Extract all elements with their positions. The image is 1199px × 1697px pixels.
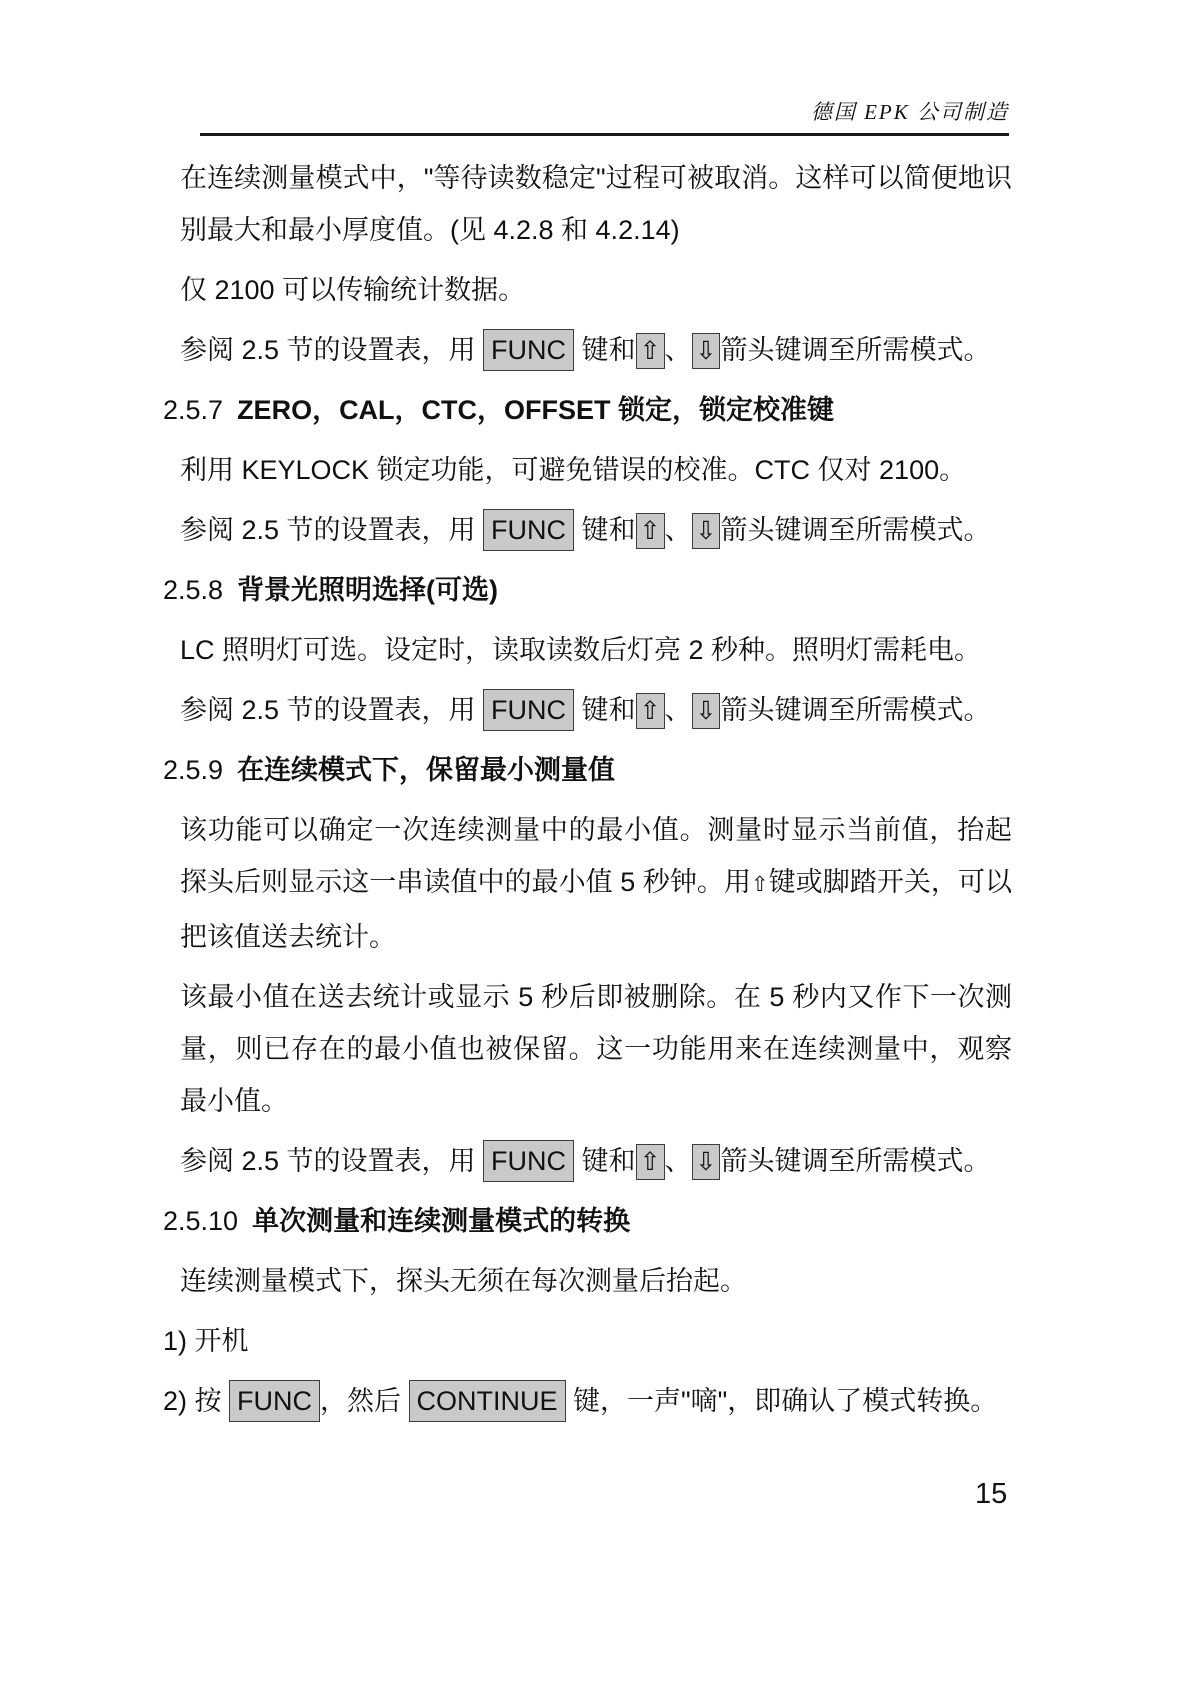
step-text: 键，一声"嘀"，即确认了模式转换。 bbox=[566, 1386, 998, 1416]
up-arrow-key-icon: ⇧ bbox=[636, 693, 665, 729]
section-heading-2-5-9: 2.5.9在连续模式下，保留最小测量值 bbox=[160, 744, 1012, 796]
section-number: 2.5.8 bbox=[163, 575, 223, 605]
section-title-bold: 单次测量和连续测量模式的转换 bbox=[252, 1206, 630, 1236]
refer-mid1: 键和 bbox=[574, 695, 636, 725]
section-heading-2-5-10: 2.5.10单次测量和连续测量模式的转换 bbox=[160, 1195, 1012, 1247]
up-arrow-key-icon: ⇧ bbox=[636, 513, 665, 549]
intro-paragraph-2: 仅 2100 可以传输统计数据。 bbox=[160, 264, 1012, 316]
refer-pre: 参阅 2.5 节的设置表，用 bbox=[180, 695, 483, 725]
refer-pre: 参阅 2.5 节的设置表，用 bbox=[180, 1146, 483, 1176]
refer-sep: 、 bbox=[665, 1146, 692, 1176]
func-key: FUNC bbox=[483, 329, 574, 371]
page-content: 在连续测量模式中，"等待读数稳定"过程可被取消。这样可以简便地识别最大和最小厚度… bbox=[160, 152, 1012, 1435]
step-text: 2) 按 bbox=[163, 1386, 229, 1416]
section-number: 2.5.9 bbox=[163, 755, 223, 785]
refer-sep: 、 bbox=[665, 515, 692, 545]
step-item-2: 2) 按 FUNC，然后 CONTINUE 键，一声"嘀"，即确认了模式转换。 bbox=[160, 1375, 1012, 1427]
refer-post: 箭头键调至所需模式。 bbox=[720, 515, 990, 545]
manual-page: 德国 EPK 公司制造 在连续测量模式中，"等待读数稳定"过程可被取消。这样可以… bbox=[0, 0, 1199, 1697]
refer-line-4: 参阅 2.5 节的设置表，用 FUNC 键和⇧、⇩箭头键调至所需模式。 bbox=[160, 1135, 1012, 1187]
page-number: 15 bbox=[975, 1478, 1007, 1511]
refer-post: 箭头键调至所需模式。 bbox=[720, 1146, 990, 1176]
up-arrow-inline-icon: ⇧ bbox=[751, 873, 769, 896]
section-heading-2-5-8: 2.5.8背景光照明选择(可选) bbox=[160, 564, 1012, 616]
refer-mid1: 键和 bbox=[574, 1146, 636, 1176]
refer-line-3: 参阅 2.5 节的设置表，用 FUNC 键和⇧、⇩箭头键调至所需模式。 bbox=[160, 684, 1012, 736]
section-number: 2.5.7 bbox=[163, 395, 223, 425]
refer-line-1: 参阅 2.5 节的设置表，用 FUNC 键和⇧、⇩箭头键调至所需模式。 bbox=[160, 324, 1012, 376]
refer-sep: 、 bbox=[665, 335, 692, 365]
up-arrow-key-icon: ⇧ bbox=[636, 333, 665, 369]
down-arrow-key-icon: ⇩ bbox=[692, 333, 721, 369]
up-arrow-key-icon: ⇧ bbox=[636, 1144, 665, 1180]
section-2-5-9-paragraph-1: 该功能可以确定一次连续测量中的最小值。测量时显示当前值，抬起探头后则显示这一串读… bbox=[160, 804, 1012, 963]
down-arrow-key-icon: ⇩ bbox=[692, 513, 721, 549]
down-arrow-key-icon: ⇩ bbox=[692, 1144, 721, 1180]
intro-paragraph-1: 在连续测量模式中，"等待读数稳定"过程可被取消。这样可以简便地识别最大和最小厚度… bbox=[160, 152, 1012, 256]
section-2-5-9-paragraph-2: 该最小值在送去统计或显示 5 秒后即被删除。在 5 秒内又作下一次测量，则已存在… bbox=[160, 971, 1012, 1127]
step-text: ，然后 bbox=[320, 1386, 409, 1416]
func-key: FUNC bbox=[483, 689, 574, 731]
func-key: FUNC bbox=[229, 1380, 320, 1422]
section-number: 2.5.10 bbox=[163, 1206, 238, 1236]
section-2-5-7-paragraph: 利用 KEYLOCK 锁定功能，可避免错误的校准。CTC 仅对 2100。 bbox=[160, 444, 1012, 496]
continue-key: CONTINUE bbox=[409, 1380, 566, 1422]
refer-post: 箭头键调至所需模式。 bbox=[720, 335, 990, 365]
refer-sep: 、 bbox=[665, 695, 692, 725]
refer-mid1: 键和 bbox=[574, 515, 636, 545]
func-key: FUNC bbox=[483, 1140, 574, 1182]
section-title-bold: 在连续模式下，保留最小测量值 bbox=[237, 755, 615, 785]
step-item-1: 1) 开机 bbox=[160, 1315, 1012, 1367]
section-title-bold: 背景光照明选择(可选) bbox=[237, 575, 498, 605]
refer-mid1: 键和 bbox=[574, 335, 636, 365]
section-heading-2-5-7: 2.5.7ZERO，CAL，CTC，OFFSET 锁定，锁定校准键 bbox=[160, 384, 1012, 436]
section-2-5-10-paragraph: 连续测量模式下，探头无须在每次测量后抬起。 bbox=[160, 1255, 1012, 1307]
page-header: 德国 EPK 公司制造 bbox=[200, 96, 1009, 136]
section-title-bold: 锁定，锁定校准键 bbox=[618, 395, 834, 425]
down-arrow-key-icon: ⇩ bbox=[692, 693, 721, 729]
refer-pre: 参阅 2.5 节的设置表，用 bbox=[180, 515, 483, 545]
manufacturer-label: 德国 EPK 公司制造 bbox=[811, 100, 1009, 124]
refer-pre: 参阅 2.5 节的设置表，用 bbox=[180, 335, 483, 365]
section-2-5-8-paragraph: LC 照明灯可选。设定时，读取读数后灯亮 2 秒种。照明灯需耗电。 bbox=[160, 624, 1012, 676]
section-title-plain: ZERO，CAL，CTC，OFFSET bbox=[237, 395, 618, 425]
refer-line-2: 参阅 2.5 节的设置表，用 FUNC 键和⇧、⇩箭头键调至所需模式。 bbox=[160, 504, 1012, 556]
func-key: FUNC bbox=[483, 509, 574, 551]
refer-post: 箭头键调至所需模式。 bbox=[720, 695, 990, 725]
